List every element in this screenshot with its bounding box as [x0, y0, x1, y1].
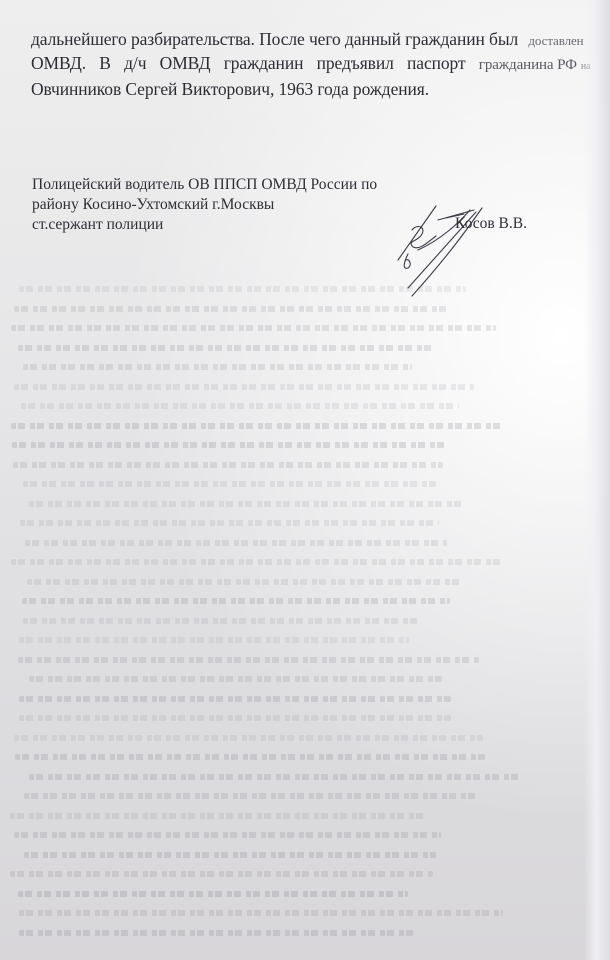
signer-name: Косов В.В.: [455, 215, 527, 233]
bleed-through-line: [23, 618, 419, 624]
bleed-through-line: [18, 345, 432, 351]
bleed-through-line: [11, 325, 496, 331]
bleed-through-line: [10, 871, 433, 877]
bleed-through-line: [29, 676, 447, 682]
bleed-through-line: [20, 520, 439, 526]
bleed-through-line: [14, 832, 441, 838]
bleed-through-line: [19, 637, 409, 643]
bleed-through-line: [10, 813, 428, 819]
bleed-through-line: [14, 735, 483, 741]
bleed-through-line: [24, 793, 480, 799]
bleed-through-line: [19, 715, 451, 721]
bleed-through-line: [22, 598, 450, 604]
reverse-side-bleed-through: [0, 278, 520, 958]
position-line-1: Полицейский водитель ОВ ППСП ОМВД России…: [32, 175, 377, 195]
bleed-through-line: [15, 754, 486, 760]
bleed-through-line: [24, 852, 436, 858]
bleed-through-line: [29, 774, 520, 780]
bleed-through-line: [23, 481, 436, 487]
position-line-2: району Косино-Ухтомский г.Москвы: [32, 195, 377, 215]
bleed-through-line: [18, 891, 408, 897]
body-line-2: ОМВД. В д/ч ОМВД гражданин предъявил пас…: [31, 52, 610, 78]
body-line-1: дальнейшего разбирательства. После чего …: [31, 28, 610, 52]
bleed-through-line: [19, 696, 451, 702]
bleed-through-line: [14, 384, 474, 390]
position-line-3: ст.сержант полиции: [32, 215, 377, 235]
bleed-through-line: [27, 579, 463, 585]
bleed-through-line: [12, 442, 445, 448]
document-page: дальнейшего разбирательства. После чего …: [0, 0, 610, 960]
bleed-through-line: [19, 930, 414, 936]
body-line-3: Овчинников Сергей Викторович, 1963 года …: [31, 78, 610, 100]
bleed-through-line: [23, 364, 412, 370]
document-body-text: дальнейшего разбирательства. После чего …: [31, 28, 610, 100]
signatory-position: Полицейский водитель ОВ ППСП ОМВД России…: [32, 175, 377, 235]
bleed-through-line: [18, 657, 479, 663]
bleed-through-line: [21, 403, 459, 409]
bleed-through-line: [11, 423, 503, 429]
bleed-through-line: [11, 559, 502, 565]
bleed-through-line: [13, 462, 443, 468]
bleed-through-line: [14, 306, 447, 312]
bleed-through-line: [19, 910, 503, 916]
bleed-through-line: [25, 540, 447, 546]
bleed-through-line: [29, 501, 462, 507]
